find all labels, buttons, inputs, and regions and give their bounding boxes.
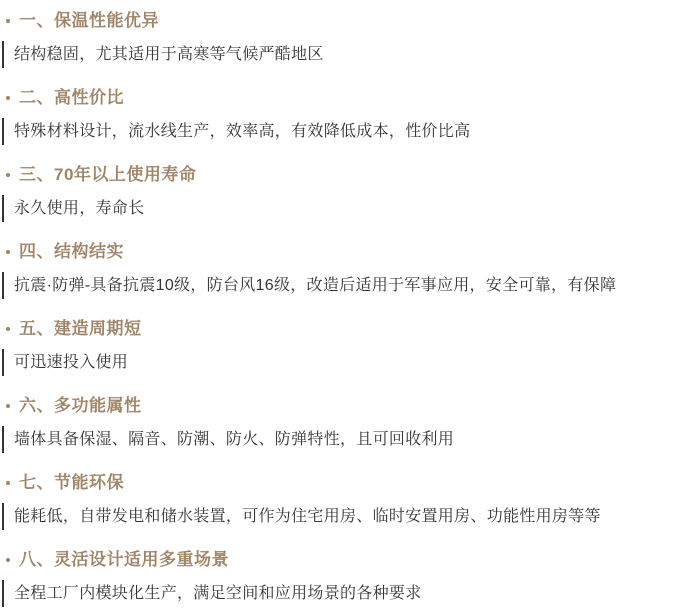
section-title: 五、建造周期短 [19, 319, 142, 338]
bullet-icon [6, 558, 10, 562]
section-heading: 六、多功能属性 [0, 394, 669, 418]
bullet-icon [6, 19, 10, 23]
section-description: 结构稳固，尤其适用于高寒等气候严酷地区 [2, 41, 669, 68]
section-description: 特殊材料设计，流水线生产，效率高，有效降低成本，性价比高 [2, 118, 669, 145]
bullet-icon [6, 481, 10, 485]
feature-section-6: 六、多功能属性 墙体具备保湿、隔音、防潮、防火、防弹特性，且可回收利用 [0, 394, 669, 453]
section-description: 全程工厂内模块化生产，满足空间和应用场景的各种要求 [2, 580, 669, 607]
feature-section-1: 一、保温性能优异 结构稳固，尤其适用于高寒等气候严酷地区 [0, 9, 669, 68]
section-title: 四、结构结实 [19, 242, 124, 261]
section-heading: 一、保温性能优异 [0, 9, 669, 33]
section-description: 永久使用，寿命长 [2, 195, 669, 222]
feature-section-3: 三、70年以上使用寿命 永久使用，寿命长 [0, 163, 669, 222]
section-heading: 四、结构结实 [0, 240, 669, 264]
feature-section-4: 四、结构结实 抗震·防弹-具备抗震10级，防台风16级，改造后适用于军事应用，安… [0, 240, 669, 299]
section-title: 三、70年以上使用寿命 [19, 165, 196, 184]
bullet-icon [6, 173, 10, 177]
section-title: 六、多功能属性 [19, 396, 142, 415]
feature-section-7: 七、节能环保 能耗低，自带发电和储水装置，可作为住宅用房、临时安置用房、功能性用… [0, 471, 669, 530]
section-description: 可迅速投入使用 [2, 349, 669, 376]
section-heading: 二、高性价比 [0, 86, 669, 110]
section-heading: 七、节能环保 [0, 471, 669, 495]
section-heading: 五、建造周期短 [0, 317, 669, 341]
feature-section-2: 二、高性价比 特殊材料设计，流水线生产，效率高，有效降低成本，性价比高 [0, 86, 669, 145]
section-description: 墙体具备保湿、隔音、防潮、防火、防弹特性，且可回收利用 [2, 426, 669, 453]
bullet-icon [6, 404, 10, 408]
bullet-icon [6, 96, 10, 100]
bullet-icon [6, 250, 10, 254]
section-heading: 三、70年以上使用寿命 [0, 163, 669, 187]
feature-section-5: 五、建造周期短 可迅速投入使用 [0, 317, 669, 376]
section-title: 七、节能环保 [19, 473, 124, 492]
section-title: 一、保温性能优异 [19, 11, 159, 30]
section-title: 二、高性价比 [19, 88, 124, 107]
feature-list-page: 一、保温性能优异 结构稳固，尤其适用于高寒等气候严酷地区 二、高性价比 特殊材料… [0, 0, 679, 616]
section-title: 八、灵活设计适用多重场景 [19, 550, 229, 569]
section-description: 抗震·防弹-具备抗震10级，防台风16级，改造后适用于军事应用，安全可靠，有保障 [2, 272, 669, 299]
feature-section-8: 八、灵活设计适用多重场景 全程工厂内模块化生产，满足空间和应用场景的各种要求 [0, 548, 669, 607]
section-heading: 八、灵活设计适用多重场景 [0, 548, 669, 572]
bullet-icon [6, 327, 10, 331]
section-description: 能耗低，自带发电和储水装置，可作为住宅用房、临时安置用房、功能性用房等等 [2, 503, 669, 530]
